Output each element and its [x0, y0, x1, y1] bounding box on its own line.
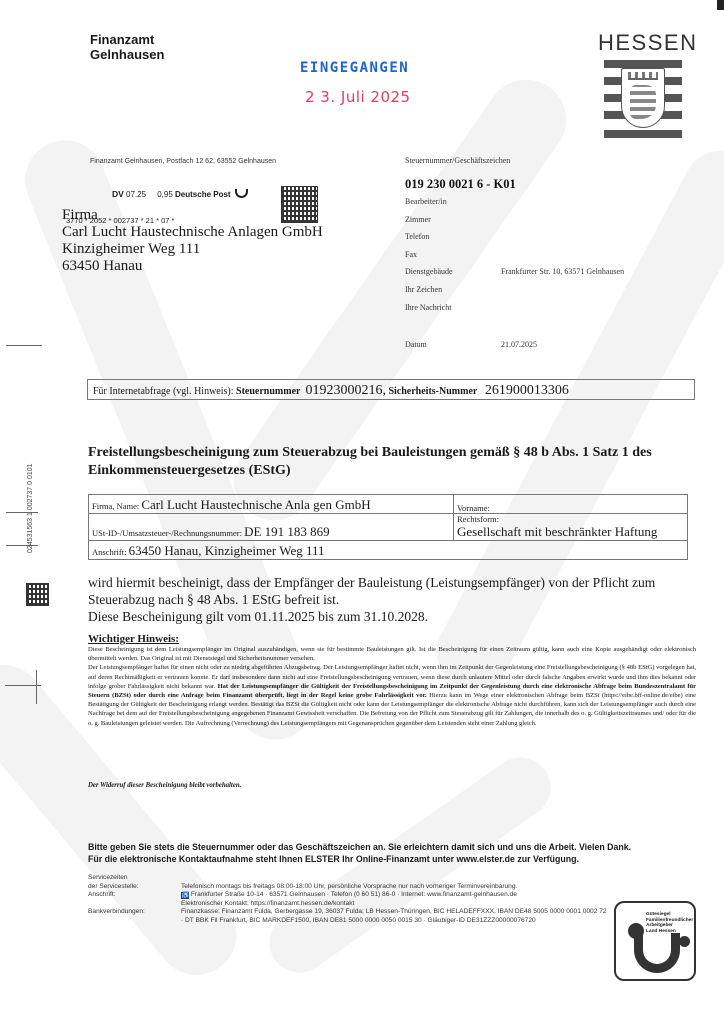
taxref-label: Steuernummer/Geschäftszeichen	[405, 156, 510, 165]
recipient-barcode-line: 3770 * 2052 * 002737 * 21 * 07 *	[66, 216, 174, 225]
firstname-cell: Vorname:	[454, 495, 688, 514]
accessibility-icon: ♿	[181, 892, 189, 899]
internet-query-box: Für Internetabfrage (vgl. Hinweis): Steu…	[87, 379, 695, 400]
address-label: Anschrift:	[92, 547, 126, 557]
firm-details-table: Firma, Name: Carl Lucht Haustechnische A…	[88, 494, 688, 560]
recipient-city: 63450 Hanau	[62, 258, 323, 275]
firm-name-cell: Firma, Name: Carl Lucht Haustechnische A…	[89, 495, 454, 514]
meta-label: Ihre Nachricht	[405, 303, 451, 312]
footer-address-label: Anschrift:	[88, 891, 178, 900]
sender-line2: Gelnhausen	[90, 47, 164, 62]
post-horn-icon	[235, 189, 248, 198]
meta-value: Frankfurter Str. 10, 63571 Gelnhausen	[501, 267, 624, 276]
internet-taxno-value: 01923000216,	[305, 383, 386, 398]
validity-period: Diese Bescheinigung gilt vom 01.11.2025 …	[88, 608, 698, 625]
postage-dv: DV	[112, 189, 124, 199]
footer-note-line2: Für die elektronische Kontaktaufnahme st…	[88, 853, 708, 865]
legalform-label: Rechtsform:	[457, 514, 684, 524]
notice-heading: Wichtiger Hinweis:	[88, 633, 179, 645]
revocation-note: Der Widerruf dieser Bescheinigung bleibt…	[88, 782, 241, 789]
meta-label: Bearbeiter/in	[405, 197, 447, 206]
notice-paragraph: Der Leistungsempfänger haftet für einen …	[88, 663, 696, 727]
firstname-label: Vorname:	[457, 503, 490, 513]
firm-name-value: Carl Lucht Haustechnische Anla gen GmbH	[141, 497, 370, 512]
meta-value: 21.07.2025	[501, 340, 537, 349]
hessen-logo: HESSEN	[598, 30, 688, 138]
certification-statement: wird hiermit bescheinigt, dass der Empfä…	[88, 574, 698, 608]
recipient-street: Kinzigheimer Weg 111	[62, 241, 323, 258]
meta-label: Ihr Zeichen	[405, 285, 442, 294]
address-value: 63450 Hanau, Kinzigheimer Weg 111	[129, 543, 325, 558]
vat-value: DE 191 183 869	[244, 524, 330, 539]
corner-mark	[717, 0, 724, 10]
hours-label: Servicezeiten	[88, 874, 178, 883]
sender-line1: Finanzamt	[90, 32, 164, 47]
footer-address-value: Frankfurter Straße 10-14 · 63571 Gelnhau…	[191, 891, 517, 898]
postage-carrier: Deutsche Post	[175, 190, 231, 199]
internet-security-value: 261900013306	[485, 383, 569, 398]
vat-cell: USt-ID-/Umsatzsteuer-/Rechnungsnummer: D…	[89, 514, 454, 541]
meta-label: Dienstgebäude	[405, 267, 453, 276]
meta-label: Telefon	[405, 232, 429, 241]
sender-name: Finanzamt Gelnhausen	[90, 32, 164, 62]
internet-query-prefix: Für Internetabfrage (vgl. Hinweis):	[93, 386, 234, 397]
hours-value: Telefonisch montags bis freitags 08:00-1…	[181, 883, 608, 892]
internet-security-label: Sicherheits-Nummer	[388, 386, 477, 397]
taxref-value: 019 230 0021 6 - K01	[405, 177, 516, 192]
return-address: Finanzamt Gelnhausen, Postfach 12 62, 63…	[90, 158, 276, 165]
footer-contact-info: Servicezeiten der Servicestelle:Telefoni…	[88, 874, 608, 926]
firm-name-label: Firma, Name:	[92, 501, 139, 511]
footer-contact-value: Elektronischer Kontakt: https://finanzam…	[181, 900, 608, 909]
notice-body: Diese Bescheinigung ist dem Leistungsemp…	[88, 645, 696, 728]
hessen-coat-of-arms-icon	[604, 60, 682, 138]
meta-label: Zimmer	[405, 215, 431, 224]
certification-text: wird hiermit bescheinigt, dass der Empfä…	[88, 574, 698, 625]
footer-note-line1: Bitte geben Sie stets die Steuernummer o…	[88, 841, 708, 853]
fold-mark	[6, 345, 42, 346]
bank-label: Bankverbindungen:	[88, 908, 178, 917]
family-friendly-employer-seal-icon: Gütesiegel Familienfreundlicher Arbeitge…	[614, 901, 696, 981]
meta-label: Fax	[405, 250, 417, 259]
vat-label: USt-ID-/Umsatzsteuer-/Rechnungsnummer:	[92, 528, 242, 538]
side-code: 024531563 1 002737 0 0101	[27, 463, 34, 553]
received-stamp-date: 2 3. Juli 2025	[305, 88, 411, 106]
address-cell: Anschrift: 63450 Hanau, Kinzigheimer Weg…	[89, 541, 688, 560]
bank-value: Finanzkasse: Finanzamt Fulda, Gerbergass…	[181, 908, 608, 925]
side-datamatrix-code-icon	[26, 583, 49, 606]
postage-date: 07.25	[126, 190, 146, 199]
postage-imprint: DV 07.25 0,95 Deutsche Post	[112, 189, 248, 199]
seal-text: Gütesiegel Familienfreundlicher Arbeitge…	[646, 912, 693, 934]
footer-note: Bitte geben Sie stets die Steuernummer o…	[88, 841, 708, 865]
meta-label: Datum	[405, 340, 427, 349]
hessen-logo-text: HESSEN	[598, 30, 688, 56]
received-stamp-label: EINGEGANGEN	[300, 60, 409, 76]
internet-taxno-label: Steuernummer	[236, 386, 300, 397]
document-title: Freistellungsbescheinigung zum Steuerabz…	[88, 444, 698, 480]
hole-punch-mark	[36, 670, 37, 704]
postage-amount: 0,95	[157, 190, 173, 199]
recipient-name: Carl Lucht Haustechnische Anlagen GmbH	[62, 224, 323, 241]
notice-paragraph: Diese Bescheinigung ist dem Leistungsemp…	[88, 645, 696, 663]
hours-label: der Servicestelle:	[88, 883, 178, 892]
legalform-value: Gesellschaft mit beschränkter Haftung	[457, 524, 684, 540]
legalform-cell: Rechtsform: Gesellschaft mit beschränkte…	[454, 514, 688, 541]
